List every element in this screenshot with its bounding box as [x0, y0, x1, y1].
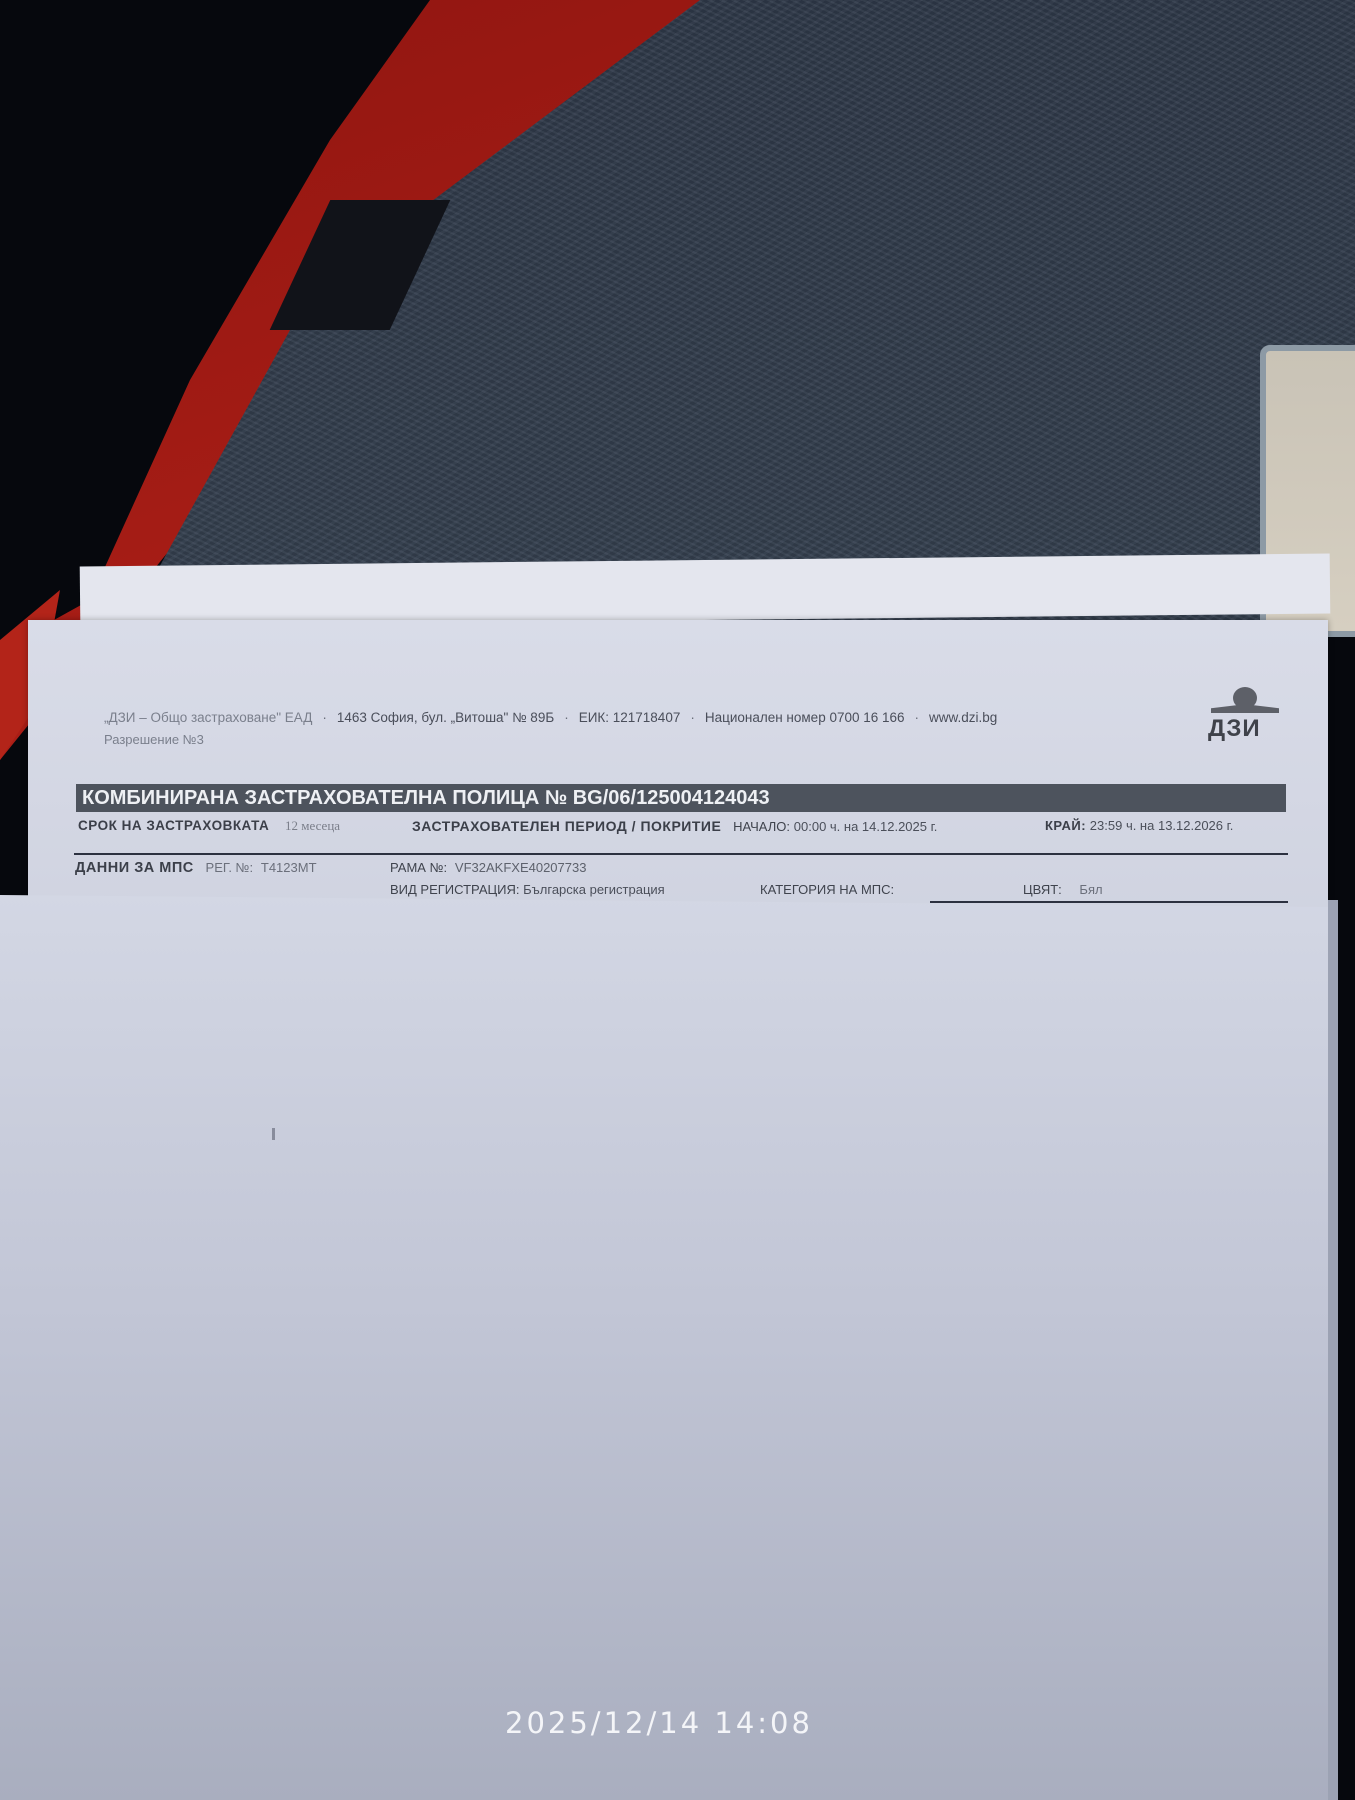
- company-eik: ЕИК: 121718407: [579, 710, 681, 725]
- frame-label: РАМА №:: [390, 860, 447, 875]
- period-label: ЗАСТРАХОВАТЕЛЕН ПЕРИОД / ПОКРИТИЕ: [412, 818, 721, 834]
- end-label: КРАЙ:: [1045, 818, 1086, 833]
- logo-text: ДЗИ: [1208, 715, 1261, 743]
- end-row: КРАЙ: 23:59 ч. на 13.12.2026 г.: [1045, 818, 1233, 833]
- period-row: ЗАСТРАХОВАТЕЛЕН ПЕРИОД / ПОКРИТИЕ НАЧАЛО…: [412, 818, 937, 834]
- end-value: 23:59 ч. на 13.12.2026 г.: [1090, 818, 1234, 833]
- color-value: Бял: [1079, 882, 1102, 897]
- bottom-divider-line: [930, 901, 1288, 903]
- registration-type-row: ВИД РЕГИСТРАЦИЯ: Българска регистрация: [390, 882, 665, 897]
- color-label: ЦВЯТ:: [1023, 882, 1062, 897]
- paper-edge: [1328, 900, 1338, 1800]
- category-label: КАТЕГОРИЯ НА МПС:: [760, 882, 894, 897]
- vehicle-row: ДАННИ ЗА МПС РЕГ. №: Т4123МТ: [75, 860, 317, 876]
- reg-value: Т4123МТ: [261, 860, 317, 875]
- vehicle-section-label: ДАННИ ЗА МПС: [75, 860, 194, 876]
- term-row: СРОК НА ЗАСТРАХОВКАТА 12 месеца: [78, 818, 340, 834]
- permit-text: Разрешение №3: [104, 732, 204, 747]
- start-label: НАЧАЛО:: [733, 819, 790, 834]
- frame-value: VF32AKFXE40207733: [455, 860, 587, 875]
- company-header: „ДЗИ – Общо застраховане" ЕАД·1463 София…: [104, 710, 997, 725]
- registration-type-label: ВИД РЕГИСТРАЦИЯ:: [390, 882, 520, 897]
- photo-timestamp: 2025/12/14 14:08: [505, 1706, 813, 1740]
- frame-row: РАМА №: VF32AKFXE40207733: [390, 860, 586, 875]
- registration-type-value: Българска регистрация: [523, 882, 665, 897]
- policy-title: КОМБИНИРАНА ЗАСТРАХОВАТЕЛНА ПОЛИЦА № BG/…: [76, 784, 1286, 812]
- reg-label: РЕГ. №:: [206, 860, 254, 875]
- category-row: КАТЕГОРИЯ НА МПС:: [760, 882, 894, 897]
- divider-line: [74, 853, 1288, 855]
- website-link[interactable]: www.dzi.bg: [929, 710, 997, 725]
- dzi-logo-icon: ДЗИ: [1205, 685, 1285, 745]
- national-number: Национален номер 0700 16 166: [705, 710, 905, 725]
- ink-mark: [272, 1128, 275, 1140]
- color-row: ЦВЯТ: Бял: [1023, 882, 1103, 897]
- start-value: 00:00 ч. на 14.12.2025 г.: [794, 819, 938, 834]
- term-value: 12 месеца: [285, 818, 340, 833]
- company-name: „ДЗИ – Общо застраховане" ЕАД: [104, 710, 312, 725]
- company-address: 1463 София, бул. „Витоша" № 89Б: [337, 710, 554, 725]
- covering-blank-sheet: [0, 895, 1330, 1800]
- term-label: СРОК НА ЗАСТРАХОВКАТА: [78, 818, 269, 833]
